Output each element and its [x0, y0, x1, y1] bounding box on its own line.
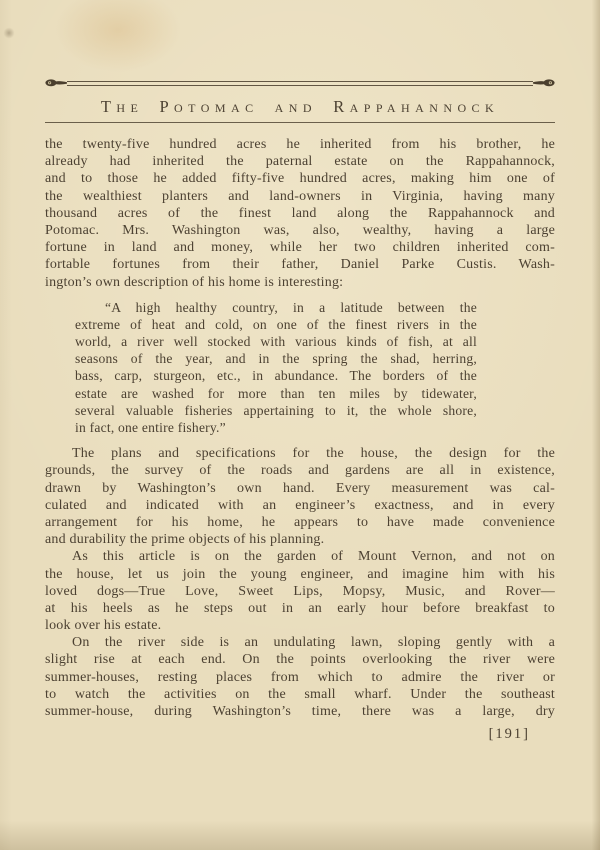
text-line: The plans and specifications for the hou… — [45, 445, 555, 462]
text-line: bass, carp, sturgeon, etc., in abundance… — [75, 367, 477, 384]
scroll-ornament-left-icon — [45, 78, 67, 88]
text-line: On the river side is an undulating lawn,… — [45, 634, 555, 651]
text-line: Potomac. Mrs. Washington was, also, weal… — [45, 222, 555, 239]
running-header-title: The Potomac and Rappahannock — [45, 97, 555, 117]
text-line: “A high healthy country, in a latitude b… — [75, 299, 477, 316]
text-line: drawn by Washington’s own hand. Every me… — [45, 480, 555, 497]
page-number: [191] — [45, 726, 555, 743]
text-line: look over his estate. — [45, 617, 555, 634]
text-line: to watch the activities on the small wha… — [45, 686, 555, 703]
text-line: ington’s own description of his home is … — [45, 274, 555, 291]
text-line: the twenty-five hundred acres he inherit… — [45, 136, 555, 153]
text-line: slight rise at each end. On the points o… — [45, 651, 555, 668]
scroll-ornament-right-icon — [533, 78, 555, 88]
decorative-rule — [45, 78, 555, 88]
text-line: culated and indicated with an engineer’s… — [45, 497, 555, 514]
page-body: the twenty-five hundred acres he inherit… — [45, 136, 555, 720]
text-line: world, a river well stocked with various… — [75, 333, 477, 350]
text-line: grounds, the survey of the roads and gar… — [45, 462, 555, 479]
text-line: seasons of the year, and in the spring t… — [75, 350, 477, 367]
text-line: summer-house, during Washington’s time, … — [45, 703, 555, 720]
text-line: fortune in land and money, while her two… — [45, 239, 555, 256]
text-line: arrangement for his home, he appears to … — [45, 514, 555, 531]
paragraph: As this article is on the garden of Moun… — [45, 548, 555, 634]
paragraph: The plans and specifications for the hou… — [45, 445, 555, 548]
double-rule-line — [67, 81, 533, 86]
header-rule — [45, 122, 555, 123]
text-line: in fact, one entire fishery.” — [75, 419, 477, 436]
text-line: summer-houses, resting places from which… — [45, 669, 555, 686]
text-line: thousand acres of the finest land along … — [45, 205, 555, 222]
text-line: extreme of heat and cold, on one of the … — [75, 316, 477, 333]
paragraph: the twenty-five hundred acres he inherit… — [45, 136, 555, 291]
paragraph: On the river side is an undulating lawn,… — [45, 634, 555, 720]
text-line: estate are washed for more than ten mile… — [75, 385, 477, 402]
text-line: fortable fortunes from their father, Dan… — [45, 256, 555, 273]
text-line: the house, let us join the young enginee… — [45, 566, 555, 583]
text-line: several valuable fisheries appertaining … — [75, 402, 477, 419]
text-line: As this article is on the garden of Moun… — [45, 548, 555, 565]
text-line: already had inherited the paternal estat… — [45, 153, 555, 170]
text-line: and to those he added fifty-five hundred… — [45, 170, 555, 187]
text-line: the wealthiest planters and land-owners … — [45, 188, 555, 205]
block-quote: “A high healthy country, in a latitude b… — [75, 299, 477, 437]
text-line: at his heels as he steps out in an early… — [45, 600, 555, 617]
text-line: and durability the prime objects of his … — [45, 531, 555, 548]
text-line: loved dogs—True Love, Sweet Lips, Mopsy,… — [45, 583, 555, 600]
book-page: The Potomac and Rappahannock the twenty-… — [0, 0, 600, 850]
